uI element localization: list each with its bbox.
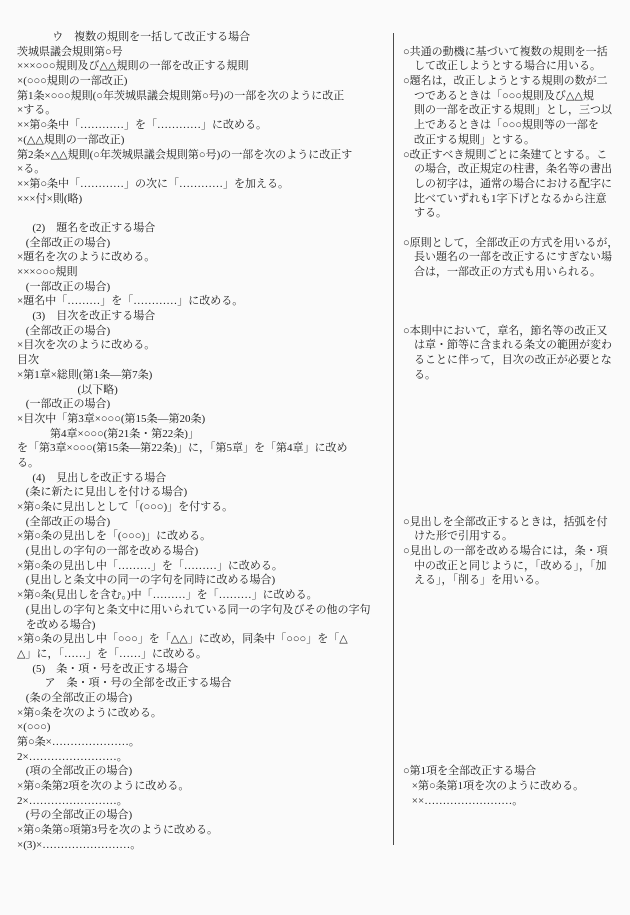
text-line (403, 706, 629, 721)
text-line (403, 294, 629, 309)
column-separator-line (393, 33, 394, 845)
text-line: (見出しの字句と条文中に用いられている同一の字句及びその他の字句 (17, 603, 391, 618)
text-line: ×第○条第2項を次のように改める。 (17, 779, 391, 794)
text-line: (一部改正の場合) (17, 397, 391, 412)
text-line: ×第○条の見出し中「………」を「………」に改める。 (17, 559, 391, 574)
text-line (403, 397, 629, 412)
text-line (403, 500, 629, 515)
text-line: 目次 (17, 353, 391, 368)
text-line: (見出しの字句の一部を改める場合) (17, 544, 391, 559)
text-line: ×第1章×総則(第1条―第7条) (17, 368, 391, 383)
text-line: ア 条・項・号の全部を改正する場合 (17, 676, 391, 691)
text-line: ○共通の動機に基づいて複数の規則を一括 (403, 45, 629, 60)
text-line: 中の改正と同じように，「改める」，「加 (403, 559, 629, 574)
text-line: ×る。 (17, 162, 391, 177)
text-line (403, 750, 629, 765)
text-line: ×(3)×……………………。 (17, 838, 391, 853)
text-line: ×(○○○規則の一部改正) (17, 74, 391, 89)
text-line: (3) 目次を改正する場合 (17, 309, 391, 324)
text-line: 2×……………………。 (17, 794, 391, 809)
text-line: を改める場合) (17, 618, 391, 633)
text-line: ×第○条に見出しとして「(○○○)」を付する。 (17, 500, 391, 515)
text-line: ×××○○○規則 (17, 265, 391, 280)
text-line: ×題名を次のように改める。 (17, 250, 391, 265)
document-page: ウ 複数の規則を一括して改正する場合茨城県議会規則第○号×××○○○規則及び△△… (0, 0, 630, 915)
text-line: 比べていずれも1字下げとなるから注意 (403, 192, 629, 207)
text-line (403, 309, 629, 324)
text-line: △」に，「……」を「……」に改める。 (17, 647, 391, 662)
text-line: る。 (17, 456, 391, 471)
text-line: (見出しと条文中の同一の字句を同時に改める場合) (17, 573, 391, 588)
text-line: (一部改正の場合) (17, 280, 391, 295)
text-line: ×題名中「………」を「…………」に改める。 (17, 294, 391, 309)
text-line (403, 647, 629, 662)
text-line (403, 603, 629, 618)
amendment-examples-column: ウ 複数の規則を一括して改正する場合茨城県議会規則第○号×××○○○規則及び△△… (17, 30, 391, 853)
text-line: ×第○条を次のように改める。 (17, 706, 391, 721)
text-line (403, 456, 629, 471)
text-line (17, 206, 391, 221)
text-line: ○見出しを全部改正するときは，括弧を付 (403, 515, 629, 530)
text-line: ×(△△規則の一部改正) (17, 133, 391, 148)
text-line: ○本則中において，章名，節名等の改正又 (403, 324, 629, 339)
text-line: 第4章×○○○(第21条・第22条)」 (17, 427, 391, 442)
text-line: ○原則として，全部改正の方式を用いるが， (403, 236, 629, 251)
text-line: 改正する規則」とする。 (403, 133, 629, 148)
text-line (403, 427, 629, 442)
text-line (403, 808, 629, 823)
text-line: る。 (403, 368, 629, 383)
text-line: 第○条×…………………。 (17, 735, 391, 750)
text-line (403, 676, 629, 691)
text-line: ウ 複数の規則を一括して改正する場合 (17, 30, 391, 45)
text-line (403, 221, 629, 236)
text-line: (5) 条・項・号を改正する場合 (17, 662, 391, 677)
text-line: ×する。 (17, 103, 391, 118)
text-line: ××……………………。 (403, 794, 629, 809)
text-line (403, 618, 629, 633)
text-line (403, 30, 629, 45)
text-line: ×(○○○) (17, 720, 391, 735)
text-line: ○題名は，改正しようとする規則の数が二 (403, 74, 629, 89)
text-line (403, 662, 629, 677)
text-line (403, 383, 629, 398)
text-line (403, 735, 629, 750)
text-line (403, 485, 629, 500)
text-line: ××第○条中「…………」の次に「…………」を加える。 (17, 177, 391, 192)
text-line: する。 (403, 206, 629, 221)
text-line: (項の全部改正の場合) (17, 764, 391, 779)
text-line: ×第○条(見出しを含む。)中「………」を「………」に改める。 (17, 588, 391, 603)
text-line: (条に新たに見出しを付ける場合) (17, 485, 391, 500)
text-line: (条の全部改正の場合) (17, 691, 391, 706)
text-line (403, 823, 629, 838)
text-line (403, 588, 629, 603)
text-line: ることに伴って，目次の改正が必要とな (403, 353, 629, 368)
text-line: ××第○条中「…………」を「…………」に改める。 (17, 118, 391, 133)
text-line: つであるときは「○○○規則及び△△規 (403, 89, 629, 104)
text-line: ×目次を次のように改める。 (17, 338, 391, 353)
text-line: (2) 題名を改正する場合 (17, 221, 391, 236)
text-line: (以下略) (17, 383, 391, 398)
commentary-column: ○共通の動機に基づいて複数の規則を一括して改正しようとする場合に用いる。○題名は… (403, 30, 629, 853)
text-line: の場合，改正規定の柱書，条名等の書出 (403, 162, 629, 177)
text-line (403, 691, 629, 706)
text-line (403, 412, 629, 427)
text-line: しの初字は，通常の場合における配字に (403, 177, 629, 192)
text-line: 長い題名の一部を改正するにすぎない場 (403, 250, 629, 265)
text-line: ×××付×則(略) (17, 192, 391, 207)
text-line: 第1条×○○○規則(○年茨城県議会規則第○号)の一部を次のように改正 (17, 89, 391, 104)
text-line: ○改正すべき規則ごとに条建てとする。こ (403, 148, 629, 163)
text-line (403, 280, 629, 295)
text-line: (全部改正の場合) (17, 324, 391, 339)
text-line: (号の全部改正の場合) (17, 808, 391, 823)
text-line: (全部改正の場合) (17, 236, 391, 251)
text-line: を「第3章×○○○(第15条―第22条)」に，「第5章」を「第4章」に改め (17, 441, 391, 456)
text-line: して改正しようとする場合に用いる。 (403, 59, 629, 74)
text-line: 合は，一部改正の方式も用いられる。 (403, 265, 629, 280)
text-line: ○見出しの一部を改める場合には，条・項 (403, 544, 629, 559)
text-line: ×第○条の見出し中「○○○」を「△△」に改め，同条中「○○○」を「△ (17, 632, 391, 647)
text-line: 2×……………………。 (17, 750, 391, 765)
text-line (403, 720, 629, 735)
text-line: える」，「削る」を用いる。 (403, 573, 629, 588)
text-line: 第2条×△△規則(○年茨城県議会規則第○号)の一部を次のように改正す (17, 148, 391, 163)
text-line (403, 441, 629, 456)
text-line: ×第○条第○項第3号を次のように改める。 (17, 823, 391, 838)
text-line: (全部改正の場合) (17, 515, 391, 530)
text-line: 茨城県議会規則第○号 (17, 45, 391, 60)
text-line (403, 632, 629, 647)
text-line: ×目次中「第3章×○○○(第15条―第20条) (17, 412, 391, 427)
text-line: (4) 見出しを改正する場合 (17, 471, 391, 486)
text-line: ×第○条第1項を次のように改める。 (403, 779, 629, 794)
text-line: ○第1項を全部改正する場合 (403, 764, 629, 779)
text-line: ×第○条の見出しを「(○○○)」に改める。 (17, 529, 391, 544)
text-line: ×××○○○規則及び△△規則の一部を改正する規則 (17, 59, 391, 74)
text-line: は章・節等に含まれる条文の範囲が変わ (403, 338, 629, 353)
text-line: けた形で引用する。 (403, 529, 629, 544)
text-line: 上であるときは「○○○規則等の一部を (403, 118, 629, 133)
text-line: 則の一部を改正する規則」とし，三つ以 (403, 103, 629, 118)
text-line (403, 838, 629, 853)
text-line (403, 471, 629, 486)
